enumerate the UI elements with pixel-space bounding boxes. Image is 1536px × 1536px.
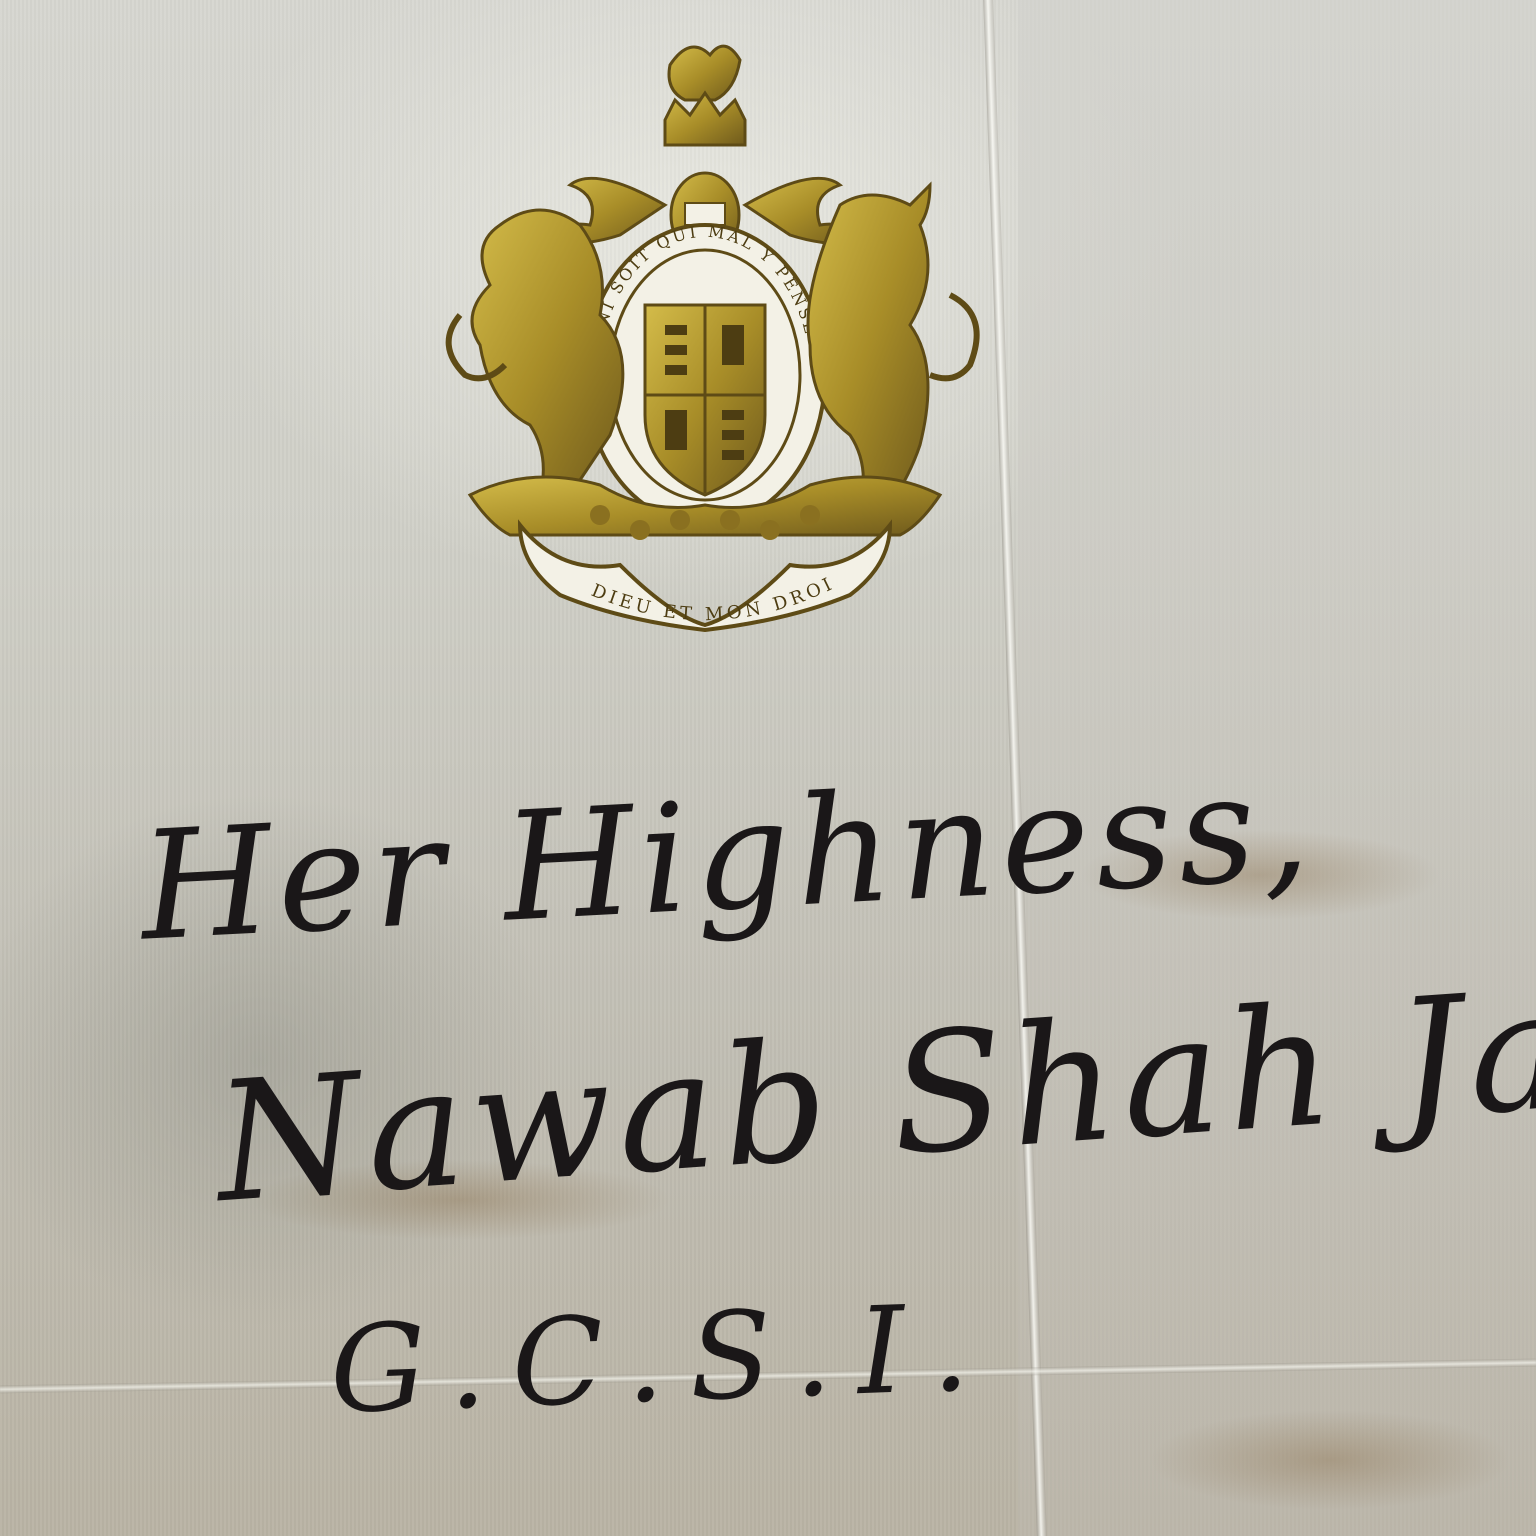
ink-stain <box>1150 1410 1510 1510</box>
address-line-honour: G.C.S.I. <box>328 1278 997 1440</box>
royal-coat-of-arms-icon: HONI SOIT QUI MAL Y PENSE DIEU ET MON DR… <box>430 25 1010 635</box>
